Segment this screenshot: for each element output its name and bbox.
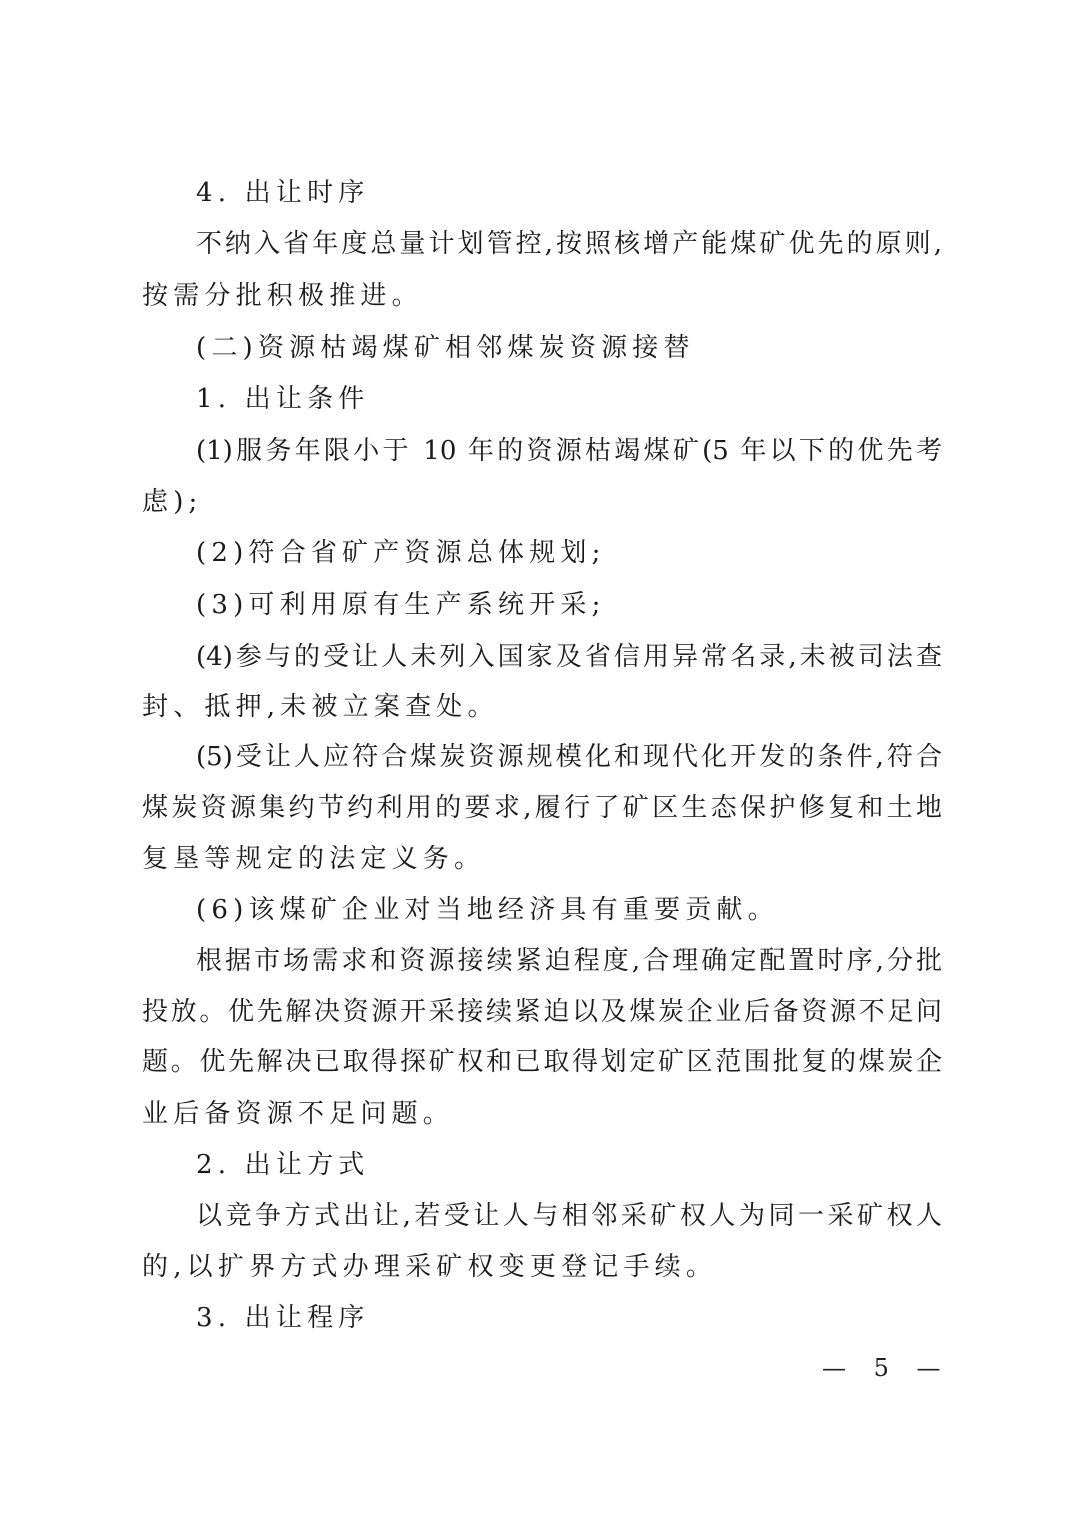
subsection-heading: 2. 出让方式 bbox=[196, 1148, 942, 1182]
text-line: 封、抵押,未被立案查处。 bbox=[142, 690, 942, 724]
text-line: 题。优先解决已取得探矿权和已取得划定矿区范围批复的煤炭企 bbox=[142, 1045, 942, 1079]
text-line: 投放。优先解决资源开采接续紧迫以及煤炭企业后备资源不足问 bbox=[142, 995, 942, 1029]
text-line: 业后备资源不足问题。 bbox=[142, 1097, 942, 1131]
text-line: 不纳入省年度总量计划管控,按照核增产能煤矿优先的原则, bbox=[196, 227, 942, 261]
text-line: 根据市场需求和资源接续紧迫程度,合理确定配置时序,分批 bbox=[196, 944, 942, 978]
text-line: (1)服务年限小于 10 年的资源枯竭煤矿(5 年以下的优先考 bbox=[196, 434, 942, 468]
subsection-heading: 3. 出让程序 bbox=[196, 1301, 942, 1335]
text-line: 复垦等规定的法定义务。 bbox=[142, 842, 942, 876]
text-line: 煤炭资源集约节约利用的要求,履行了矿区生态保护修复和土地 bbox=[142, 791, 942, 825]
text-line: (2)符合省矿产资源总体规划; bbox=[196, 536, 942, 570]
text-line: (3)可利用原有生产系统开采; bbox=[196, 588, 942, 622]
document-page: 4. 出让时序 不纳入省年度总量计划管控,按照核增产能煤矿优先的原则, 按需分批… bbox=[0, 0, 1080, 1514]
text-line: (5)受让人应符合煤炭资源规模化和现代化开发的条件,符合 bbox=[196, 740, 942, 774]
text-line: 4. 出让时序 bbox=[196, 176, 942, 210]
subsection-heading: 1. 出让条件 bbox=[196, 382, 942, 416]
text-line: (4)参与的受让人未列入国家及省信用异常名录,未被司法查 bbox=[196, 640, 942, 674]
section-heading: (二)资源枯竭煤矿相邻煤炭资源接替 bbox=[196, 331, 942, 365]
text-line: 虑); bbox=[142, 485, 942, 519]
page-number: — 5 — bbox=[822, 1352, 951, 1384]
text-line: 的,以扩界方式办理采矿权变更登记手续。 bbox=[142, 1250, 942, 1284]
text-line: (6)该煤矿企业对当地经济具有重要贡献。 bbox=[196, 893, 942, 927]
text-line: 按需分批积极推进。 bbox=[142, 279, 942, 313]
text-line: 以竞争方式出让,若受让人与相邻采矿权人为同一采矿权人 bbox=[196, 1199, 942, 1233]
